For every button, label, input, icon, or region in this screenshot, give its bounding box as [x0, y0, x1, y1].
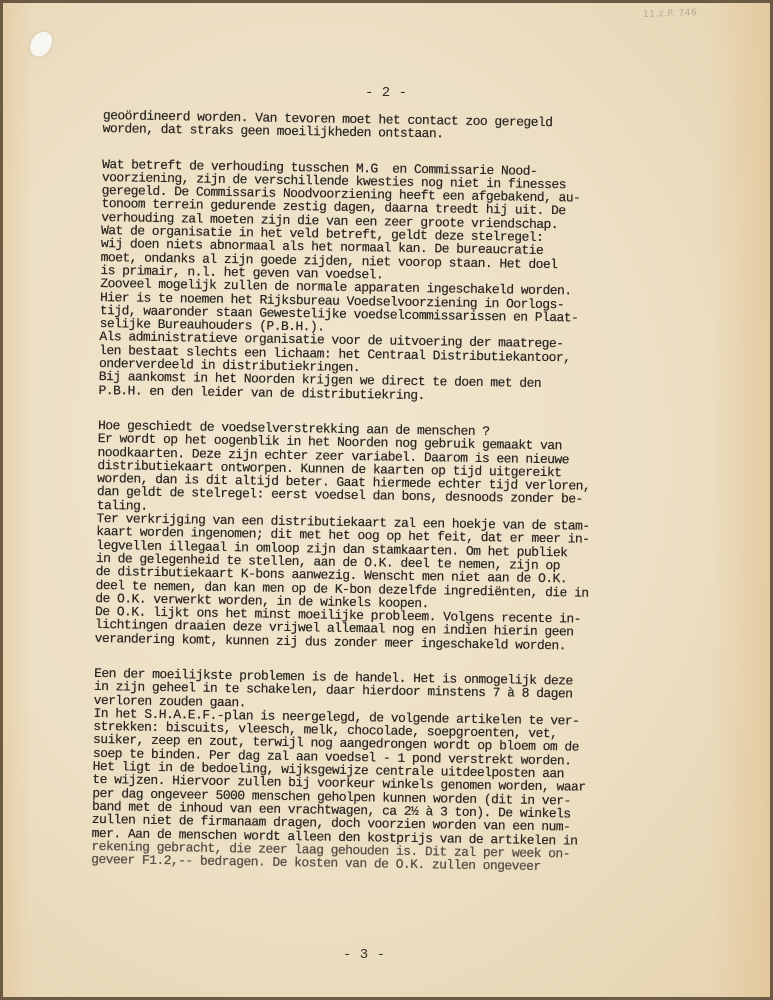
archive-reference-mark: 11.z.P. 746: [643, 8, 698, 20]
paragraph-trade: Een der moeilijkste problemen is de hand…: [91, 667, 704, 876]
paper-tear-mark: [27, 28, 55, 59]
page-number-bottom: - 3 -: [343, 947, 385, 963]
paragraph-relationship-organisation: Wat betreft de verhouding tusschen M.G e…: [98, 158, 712, 407]
paragraph-coordination: geoördineerd worden. Van tevoren moet he…: [103, 109, 713, 145]
page-number-top: - 2 -: [365, 85, 407, 101]
paragraph-food-distribution: Hoe geschiedt de voedselverstrekking aan…: [95, 419, 708, 655]
document-page: 11.z.P. 746 - 2 - geoördineerd worden. V…: [3, 3, 770, 997]
document-body: geoördineerd worden. Van tevoren moet he…: [91, 109, 713, 898]
